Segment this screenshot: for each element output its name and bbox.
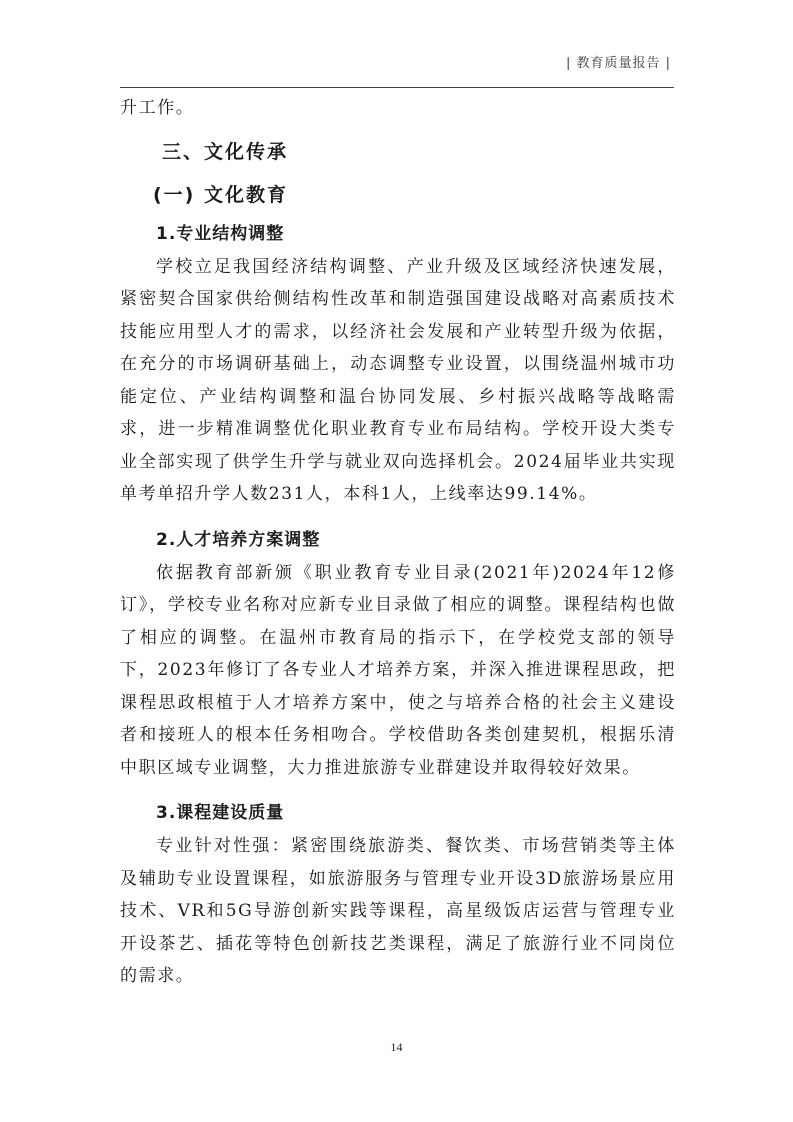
running-header: | 教育质量报告 | (566, 52, 671, 71)
paragraph-course-quality: 专业针对性强：紧密围绕旅游类、餐饮类、市场营销类等主体及辅助专业设置课程，如旅游… (120, 830, 676, 993)
item-heading-course-quality: 3.课程建设质量 (120, 796, 676, 830)
page-body: 升工作。 三、文化传承 (一) 文化教育 1.专业结构调整 学校立足我国经济结构… (120, 92, 676, 993)
header-divider (120, 87, 674, 88)
continuation-text: 升工作。 (120, 92, 676, 125)
section-heading: 三、文化传承 (120, 131, 676, 174)
item-heading-training-plan: 2.人才培养方案调整 (120, 523, 676, 557)
paragraph-training-plan: 依据教育部新颁《职业教育专业目录(2021年)2024年12修订》，学校专业名称… (120, 557, 676, 785)
page-number: 14 (0, 1040, 793, 1055)
item-heading-structure: 1.专业结构调整 (120, 217, 676, 251)
subsection-heading: (一) 文化教育 (120, 174, 676, 217)
paragraph-structure: 学校立足我国经济结构调整、产业升级及区域经济快速发展，紧密契合国家供给侧结构性改… (120, 251, 676, 511)
